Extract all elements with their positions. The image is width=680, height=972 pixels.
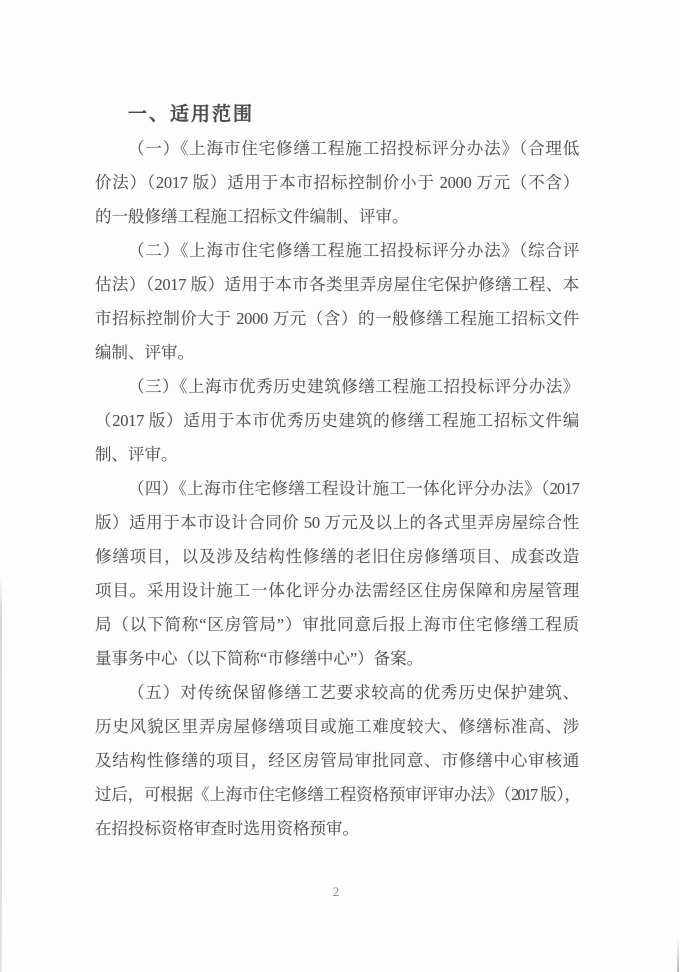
- section-heading: 一、适用范围: [95, 98, 579, 132]
- text-line: 历史风貌区里弄房屋修缮项目或施工难度较大、修缮标准高、涉: [95, 710, 579, 744]
- paragraph-2: （二）《上海市住宅修缮工程施工招投标评分办法》（综合评 估法）（2017 版）适…: [95, 234, 579, 370]
- text-line: 价法）（2017 版）适用于本市招标控制价小于 2000 万元（不含）: [95, 166, 579, 200]
- text-line: 版）适用于本市设计合同价 50 万元及以上的各式里弄房屋综合性: [95, 506, 579, 540]
- page-number: 2: [324, 884, 348, 900]
- text-line: 过后，可根据《上海市住宅修缮工程资格预审评审办法》（2017 版），: [95, 778, 579, 812]
- text-line: 局（以下简称“区房管局”）审批同意后报上海市住宅修缮工程质: [95, 608, 579, 642]
- text-line: 在招投标资格审查时选用资格预审。: [95, 812, 579, 846]
- text-line: 修缮项目，以及涉及结构性修缮的老旧住房修缮项目、成套改造: [95, 540, 579, 574]
- scan-artifact-bottom-right: [677, 938, 679, 972]
- text-line: 估法）（2017 版）适用于本市各类里弄房屋住宅保护修缮工程、本: [95, 268, 579, 302]
- scanned-document-page: 一、适用范围 （一）《上海市住宅修缮工程施工招投标评分办法》（合理低 价法）（2…: [0, 0, 680, 972]
- text-line: 市招标控制价大于 2000 万元（含）的一般修缮工程施工招标文件: [95, 302, 579, 336]
- text-line: （三）《上海市优秀历史建筑修缮工程施工招投标评分办法》: [95, 370, 579, 404]
- text-line: （五）对传统保留修缮工艺要求较高的优秀历史保护建筑、: [95, 676, 579, 710]
- text-line: 编制、评审。: [95, 336, 579, 370]
- scan-artifact-left-edge: [0, 575, 2, 972]
- paragraph-1: （一）《上海市住宅修缮工程施工招投标评分办法》（合理低 价法）（2017 版）适…: [95, 132, 579, 234]
- paragraph-5: （五）对传统保留修缮工艺要求较高的优秀历史保护建筑、 历史风貌区里弄房屋修缮项目…: [95, 676, 579, 846]
- text-line: 项目。采用设计施工一体化评分办法需经区住房保障和房屋管理: [95, 574, 579, 608]
- paragraph-4: （四）《上海市住宅修缮工程设计施工一体化评分办法》（2017 版）适用于本市设计…: [95, 472, 579, 676]
- text-line: 的一般修缮工程施工招标文件编制、评审。: [95, 200, 579, 234]
- text-line: 制、评审。: [95, 438, 579, 472]
- text-line: 量事务中心（以下简称“市修缮中心”）备案。: [95, 642, 579, 676]
- paragraph-3: （三）《上海市优秀历史建筑修缮工程施工招投标评分办法》 （2017 版）适用于本…: [95, 370, 579, 472]
- text-line: （二）《上海市住宅修缮工程施工招投标评分办法》（综合评: [95, 234, 579, 268]
- text-line: （2017 版）适用于本市优秀历史建筑的修缮工程施工招标文件编: [95, 404, 579, 438]
- text-line: （一）《上海市住宅修缮工程施工招投标评分办法》（合理低: [95, 132, 579, 166]
- text-line: （四）《上海市住宅修缮工程设计施工一体化评分办法》（2017: [95, 472, 579, 506]
- text-line: 及结构性修缮的项目，经区房管局审批同意、市修缮中心审核通: [95, 744, 579, 778]
- document-body: 一、适用范围 （一）《上海市住宅修缮工程施工招投标评分办法》（合理低 价法）（2…: [95, 98, 579, 846]
